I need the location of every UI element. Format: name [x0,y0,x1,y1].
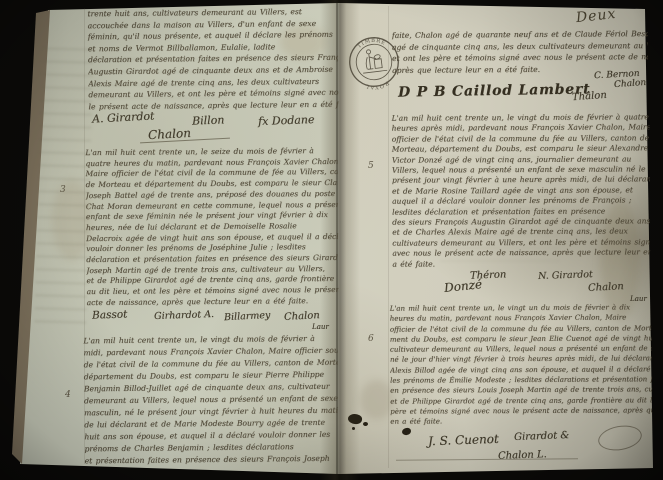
signature: Laur [630,295,647,303]
act-number: 4 [65,390,71,400]
manuscript-line: en a été faite. [390,416,652,428]
act-number: 3 [60,185,66,195]
signature: Laur [312,323,329,331]
signature: fx Dodane [258,113,315,128]
signature: Chalon L. [498,449,547,462]
manuscript-line: père et témoins signé avec nous le prése… [390,405,652,417]
signature: Bassot [92,308,128,321]
manuscript-line: avec nous le présent acte de naissance, … [392,248,650,260]
scanned-register-photo: TIMBRE ROYAL Deux 3 4 5 6 trente huit an… [0,0,663,480]
signature: J. S. Cuenot [428,432,499,448]
manuscript-line: et ont les père et témoins signé avec no… [392,51,648,64]
act-number: 6 [368,334,374,344]
ink-blot [352,427,355,430]
stamp-figure-icon [360,48,387,73]
signature: Chalon [588,281,624,294]
svg-text:TIMBRE: TIMBRE [356,36,388,50]
right-act4-ending-paragraph: faite, Chalon agé de quarante neuf ans e… [392,28,648,76]
manuscript-line: acte de naissance, après que lecture leu… [87,296,339,309]
stamp-top-text: TIMBRE [356,36,388,50]
left-act-ending-paragraph: trente huit ans, cultivateurs demeurant … [87,6,338,113]
left-act4-paragraph: L'an mil huit cent trente un, le vingt d… [83,333,338,468]
signature: N. Girardot [538,269,593,282]
manuscript-line: a été faite. [392,258,650,270]
manuscript-line: auquel il a déclaré vouloir donner les p… [392,196,650,208]
ink-blot [363,422,368,426]
signature: D P B Caillod Lambert [398,81,591,100]
signature: Billon [192,113,225,127]
signature: Chalon [284,310,320,323]
left-act3-paragraph: L'an mil huit cent trente un, le seize d… [85,146,338,309]
signature: Girardot & [514,430,570,443]
signature: Girhardot A. [154,309,214,322]
act-number: 5 [368,161,374,171]
right-act6-paragraph: L'an mil huit cent trente un, le vingt u… [390,302,653,427]
right-act5-paragraph: L'an mil huit cent trente un, le vingt d… [392,112,651,269]
